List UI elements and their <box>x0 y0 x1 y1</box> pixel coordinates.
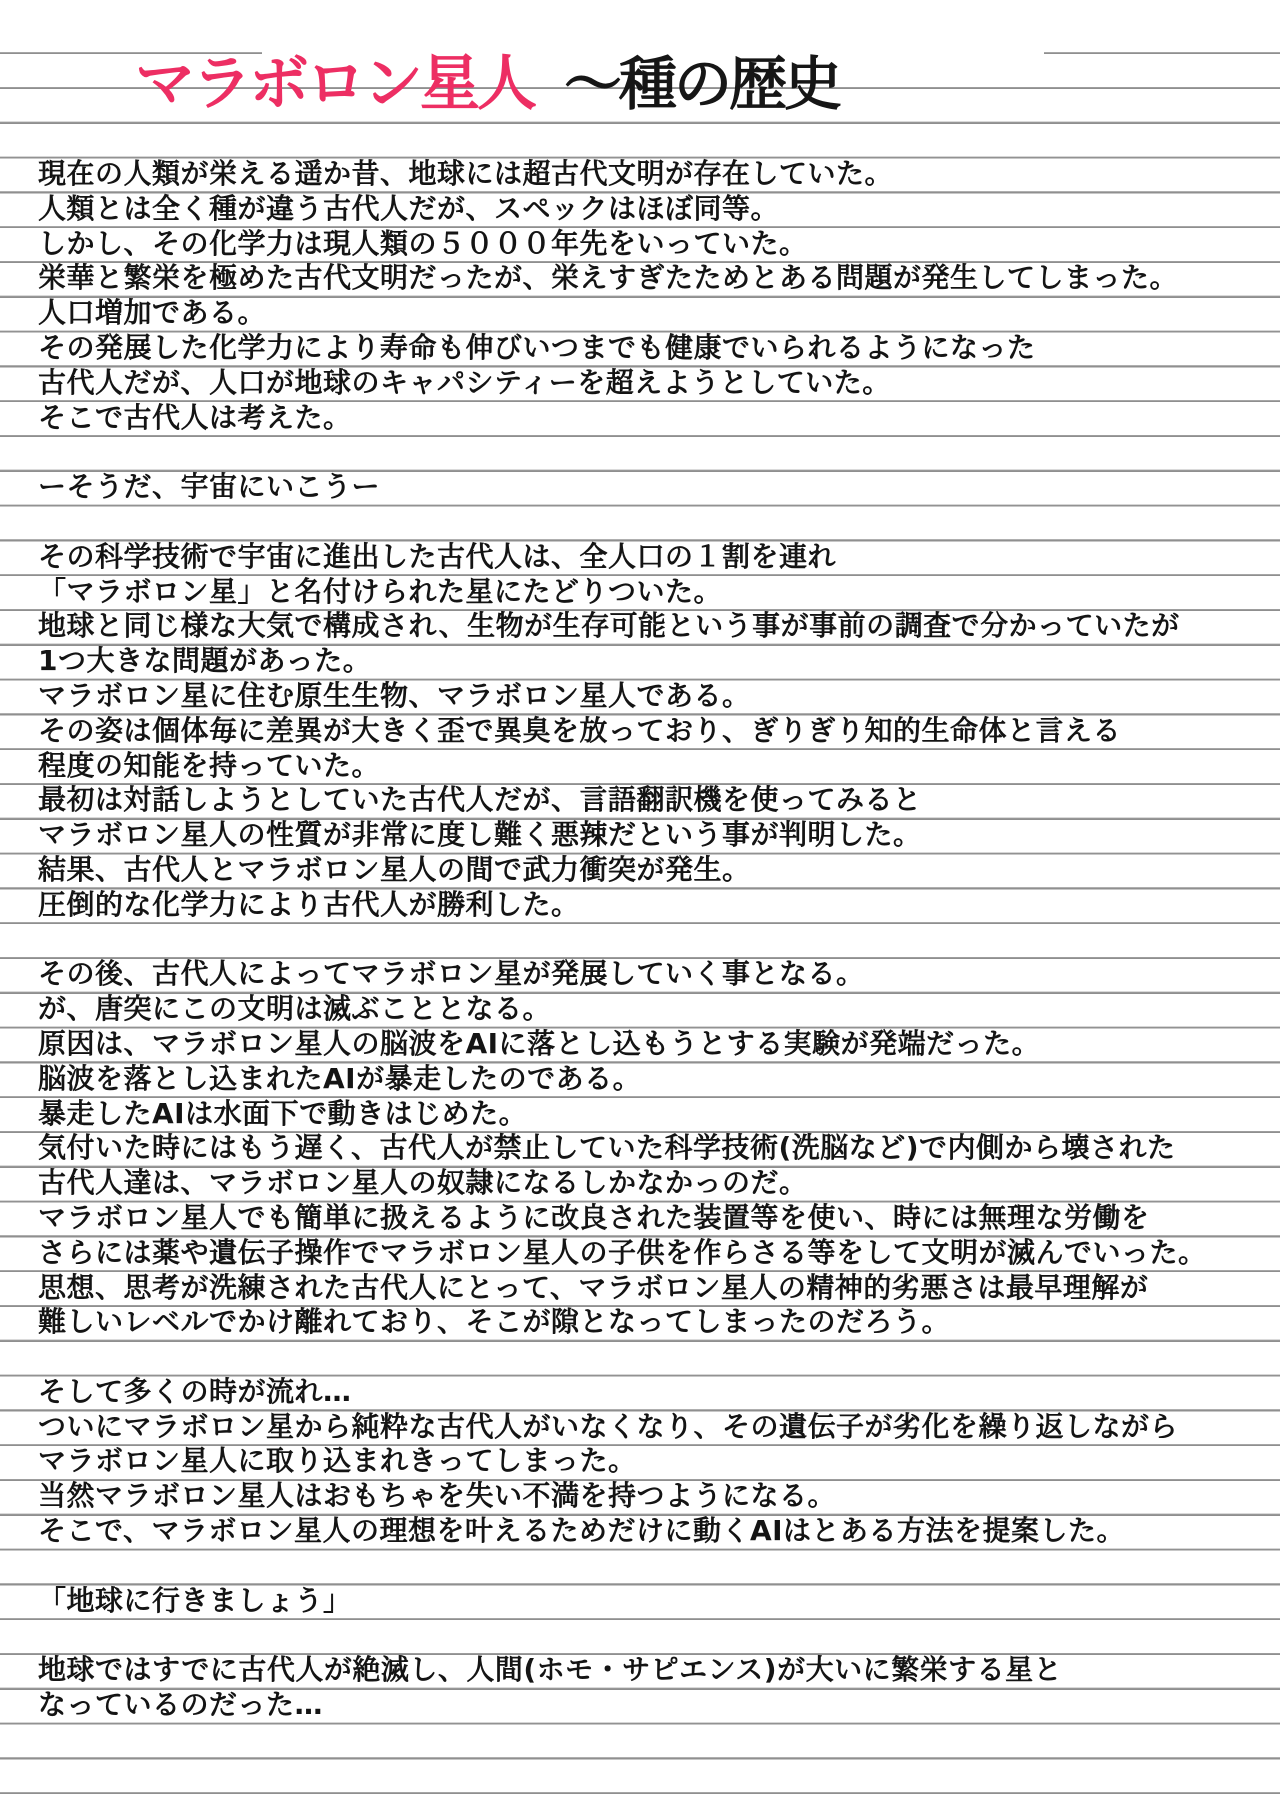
page-title: マラボロン星人～種の歴史 <box>135 46 839 122</box>
text-line: マラボロン星に住む原生生物、マラボロン星人である。 <box>0 679 1280 714</box>
text-line <box>0 1758 1280 1793</box>
text-line: そこで古代人は考えた。 <box>0 401 1280 436</box>
text-line <box>0 1549 1280 1584</box>
text-line: 圧倒的な化学力により古代人が勝利した。 <box>0 888 1280 923</box>
text-line: 「地球に行きましょう」 <box>0 1584 1280 1619</box>
text-line: その科学技術で宇宙に進出した古代人は、全人口の１割を連れ <box>0 540 1280 575</box>
text-line: 程度の知能を持っていた。 <box>0 749 1280 784</box>
text-line: 1つ大きな問題があった。 <box>0 644 1280 679</box>
text-line: 現在の人類が栄える遥か昔、地球には超古代文明が存在していた。 <box>0 157 1280 192</box>
text-line: 地球ではすでに古代人が絶滅し、人間(ホモ・サピエンス)が大いに繁栄する星と <box>0 1653 1280 1688</box>
story-text: 現在の人類が栄える遥か昔、地球には超古代文明が存在していた。人類とは全く種が違う… <box>0 157 1280 1792</box>
text-line: そして多くの時が流れ… <box>0 1375 1280 1410</box>
text-line <box>0 923 1280 958</box>
text-line: 気付いた時にはもう遅く、古代人が禁止していた科学技術(洗脳など)で内側から壊され… <box>0 1131 1280 1166</box>
text-line: 最初は対話しようとしていた古代人だが、言語翻訳機を使ってみると <box>0 783 1280 818</box>
text-line: マラボロン星人の性質が非常に度し難く悪辣だという事が判明した。 <box>0 818 1280 853</box>
text-line: マラボロン星人に取り込まれきってしまった。 <box>0 1444 1280 1479</box>
text-line: その発展した化学力により寿命も伸びいつまでも健康でいられるようになった <box>0 331 1280 366</box>
text-line <box>0 1618 1280 1653</box>
text-line: マラボロン星人でも簡単に扱えるように改良された装置等を使い、時には無理な労働を <box>0 1201 1280 1236</box>
title-species-name: マラボロン星人 <box>135 49 534 119</box>
text-line <box>0 435 1280 470</box>
text-line: が、唐突にこの文明は滅ぶこととなる。 <box>0 992 1280 1027</box>
text-line: さらには薬や遺伝子操作でマラボロン星人の子供を作らさる等をして文明が滅んでいった… <box>0 1236 1280 1271</box>
text-line: 「マラボロン星」と名付けられた星にたどりついた。 <box>0 575 1280 610</box>
text-line: 人口増加である。 <box>0 296 1280 331</box>
text-line <box>0 1723 1280 1758</box>
text-line <box>0 505 1280 540</box>
text-line: 暴走したAIは水面下で動きはじめた。 <box>0 1097 1280 1132</box>
text-line: ついにマラボロン星から純粋な古代人がいなくなり、その遺伝子が劣化を繰り返しながら <box>0 1410 1280 1445</box>
text-line: 古代人達は、マラボロン星人の奴隷になるしかなかっのだ。 <box>0 1166 1280 1201</box>
text-line: 地球と同じ様な大気で構成され、生物が生存可能という事が事前の調査で分かっていたが <box>0 609 1280 644</box>
text-line: 人類とは全く種が違う古代人だが、スペックはほぼ同等。 <box>0 192 1280 227</box>
text-line: 当然マラボロン星人はおもちゃを失い不満を持つようになる。 <box>0 1479 1280 1514</box>
text-line: その姿は個体毎に差異が大きく歪で異臭を放っており、ぎりぎり知的生命体と言える <box>0 714 1280 749</box>
text-line: なっているのだった… <box>0 1688 1280 1723</box>
text-line: 栄華と繁栄を極めた古代文明だったが、栄えすぎたためとある問題が発生してしまった。 <box>0 261 1280 296</box>
text-line: 原因は、マラボロン星人の脳波をAIに落とし込もうとする実験が発端だった。 <box>0 1027 1280 1062</box>
text-line: 難しいレベルでかけ離れており、そこが隙となってしまったのだろう。 <box>0 1305 1280 1340</box>
notebook-page: マラボロン星人～種の歴史 現在の人類が栄える遥か昔、地球には超古代文明が存在して… <box>0 0 1280 1810</box>
text-line: 思想、思考が洗練された古代人にとって、マラボロン星人の精神的劣悪さは最早理解が <box>0 1271 1280 1306</box>
text-line: その後、古代人によってマラボロン星が発展していく事となる。 <box>0 957 1280 992</box>
text-line: ーそうだ、宇宙にいこうー <box>0 470 1280 505</box>
text-line: そこで、マラボロン星人の理想を叶えるためだけに動くAIはとある方法を提案した。 <box>0 1514 1280 1549</box>
text-line: しかし、その化学力は現人類の５０００年先をいっていた。 <box>0 227 1280 262</box>
text-line <box>0 1340 1280 1375</box>
title-subtitle: ～種の歴史 <box>564 50 839 118</box>
text-line: 古代人だが、人口が地球のキャパシティーを超えようとしていた。 <box>0 366 1280 401</box>
text-line: 結果、古代人とマラボロン星人の間で武力衝突が発生。 <box>0 853 1280 888</box>
text-line: 脳波を落とし込まれたAIが暴走したのである。 <box>0 1062 1280 1097</box>
